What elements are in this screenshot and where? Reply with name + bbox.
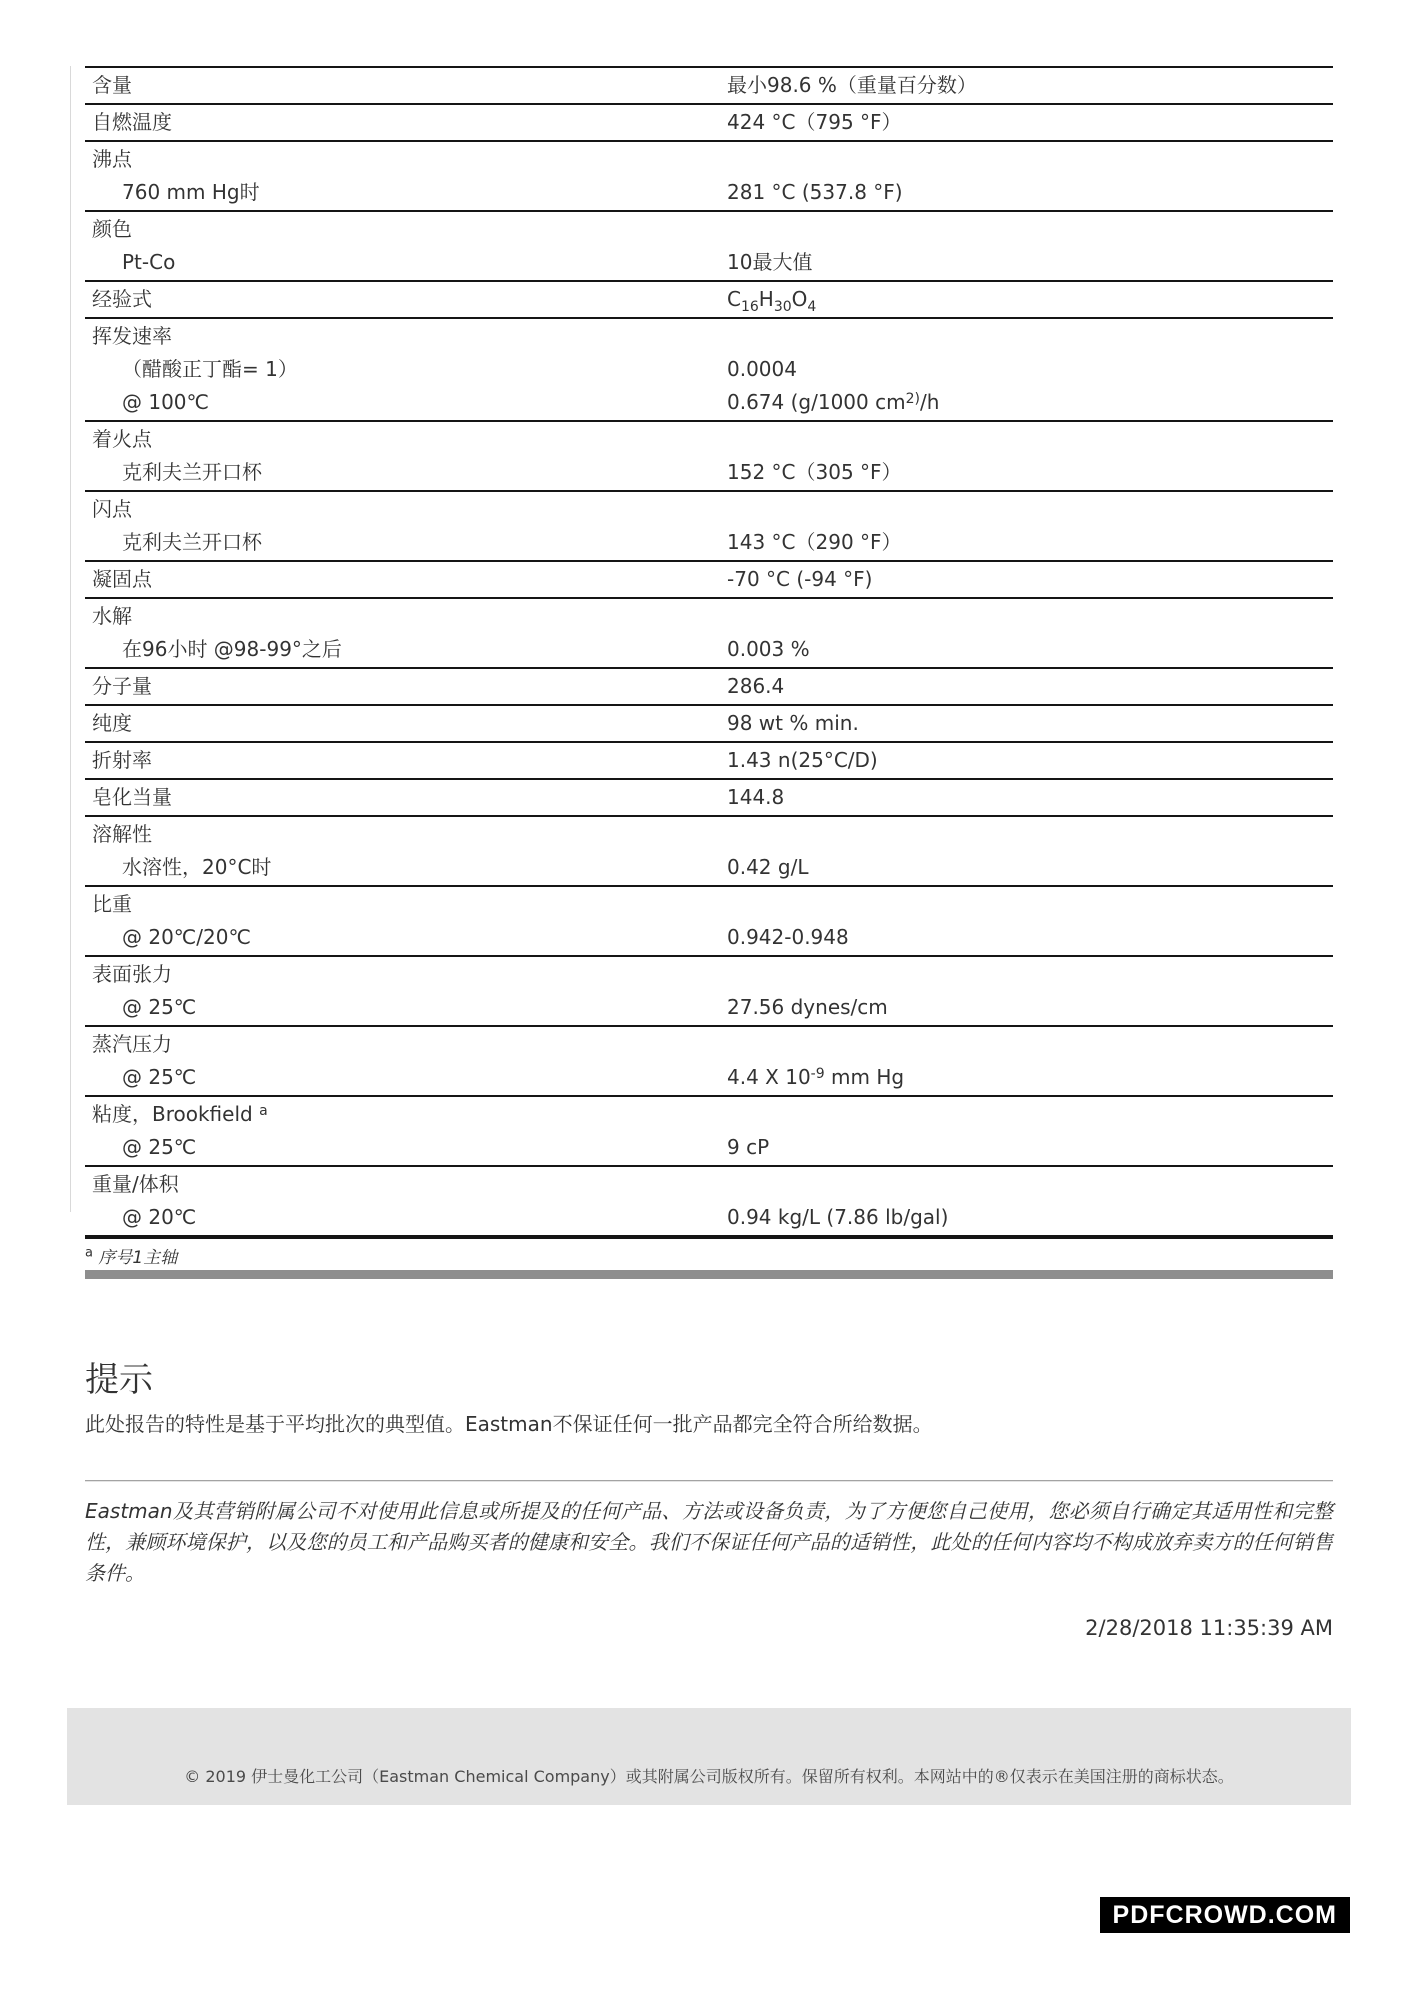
property-label-cell: 闪点克利夫兰开口杯	[85, 493, 715, 559]
property-value: 4.4 X 10-9 mm Hg	[727, 1061, 1333, 1094]
property-label-cell: 分子量	[85, 670, 715, 703]
property-value: 0.94 kg/L (7.86 lb/gal)	[727, 1201, 1333, 1234]
property-value: 98 wt % min.	[727, 707, 1333, 740]
properties-table: 含量最小98.6 %（重量百分数）自燃温度424 °C（795 °F）沸点760…	[85, 66, 1333, 1239]
property-label-cell: 蒸汽压力@ 25℃	[85, 1028, 715, 1094]
table-row: 溶解性水溶性，20°C时 0.42 g/L	[85, 817, 1333, 887]
property-value	[727, 423, 1333, 456]
property-value-cell: 0.94 kg/L (7.86 lb/gal)	[715, 1168, 1333, 1234]
property-value-cell: 98 wt % min.	[715, 707, 1333, 740]
property-label: 纯度	[92, 707, 715, 740]
page-left-rule	[70, 66, 71, 1212]
property-label: 克利夫兰开口杯	[92, 456, 715, 489]
table-row: 颜色Pt-Co 10最大值	[85, 212, 1333, 282]
property-value-cell: 286.4	[715, 670, 1333, 703]
property-value	[727, 320, 1333, 353]
property-label-cell: 皂化当量	[85, 781, 715, 814]
property-label-cell: 含量	[85, 69, 715, 102]
property-value-cell: 143 °C（290 °F）	[715, 493, 1333, 559]
document-body: 含量最小98.6 %（重量百分数）自燃温度424 °C（795 °F）沸点760…	[67, 0, 1351, 2000]
property-label: 蒸汽压力	[92, 1028, 715, 1061]
property-value: 27.56 dynes/cm	[727, 991, 1333, 1024]
table-row: 粘度，Brookfield a@ 25℃ 9 cP	[85, 1097, 1333, 1167]
pdf-page: { "table": { "rows": [ { "lines": [ { "l…	[0, 0, 1416, 2000]
property-value: 9 cP	[727, 1131, 1333, 1164]
property-value-cell: 1.43 n(25°C/D)	[715, 744, 1333, 777]
property-label: 闪点	[92, 493, 715, 526]
property-label: 水解	[92, 600, 715, 633]
property-value	[727, 1098, 1333, 1131]
footnote-text: 序号1主轴	[98, 1248, 177, 1268]
property-value: 10最大值	[727, 246, 1333, 279]
table-row: 着火点克利夫兰开口杯 152 °C（305 °F）	[85, 422, 1333, 492]
property-label-cell: 折射率	[85, 744, 715, 777]
table-row: 挥发速率（醋酸正丁酯= 1）@ 100℃ 0.00040.674 (g/1000…	[85, 319, 1333, 422]
property-value-cell: 144.8	[715, 781, 1333, 814]
property-label: @ 25℃	[92, 1131, 715, 1164]
property-label: 着火点	[92, 423, 715, 456]
footnote-marker: a	[85, 1245, 93, 1260]
property-value: C16H30O4	[727, 283, 1333, 316]
table-row: 重量/体积@ 20℃ 0.94 kg/L (7.86 lb/gal)	[85, 1167, 1333, 1239]
property-value-cell: C16H30O4	[715, 283, 1333, 316]
property-value-cell: 0.003 %	[715, 600, 1333, 666]
table-row: 分子量286.4	[85, 669, 1333, 706]
footnote: a 序号1主轴	[85, 1243, 177, 1268]
property-label: 溶解性	[92, 818, 715, 851]
property-value: 1.43 n(25°C/D)	[727, 744, 1333, 777]
property-label: @ 20℃	[92, 1201, 715, 1234]
table-row: 折射率1.43 n(25°C/D)	[85, 743, 1333, 780]
table-row: 表面张力@ 25℃ 27.56 dynes/cm	[85, 957, 1333, 1027]
property-value: 0.942-0.948	[727, 921, 1333, 954]
property-value: 281 °C (537.8 °F)	[727, 176, 1333, 209]
section-divider	[85, 1480, 1333, 1482]
property-label: 皂化当量	[92, 781, 715, 814]
property-label-cell: 水解在96小时 @98-99°之后	[85, 600, 715, 666]
table-row: 蒸汽压力@ 25℃ 4.4 X 10-9 mm Hg	[85, 1027, 1333, 1097]
property-value: 0.42 g/L	[727, 851, 1333, 884]
property-value-cell: 424 °C（795 °F）	[715, 106, 1333, 139]
property-label: 颜色	[92, 213, 715, 246]
property-label: 克利夫兰开口杯	[92, 526, 715, 559]
property-label: 比重	[92, 888, 715, 921]
property-value: 152 °C（305 °F）	[727, 456, 1333, 489]
property-value	[727, 818, 1333, 851]
disclaimer-text: Eastman及其营销附属公司不对使用此信息或所提及的任何产品、方法或设备负责，…	[85, 1496, 1333, 1589]
property-value-cell: 152 °C（305 °F）	[715, 423, 1333, 489]
property-value-cell: 281 °C (537.8 °F)	[715, 143, 1333, 209]
property-label-cell: 溶解性水溶性，20°C时	[85, 818, 715, 884]
property-label: 重量/体积	[92, 1168, 715, 1201]
property-label: 粘度，Brookfield a	[92, 1098, 715, 1131]
property-label: @ 25℃	[92, 1061, 715, 1094]
property-label: （醋酸正丁酯= 1）	[92, 353, 715, 386]
property-label: 分子量	[92, 670, 715, 703]
property-label: @ 25℃	[92, 991, 715, 1024]
property-label: 折射率	[92, 744, 715, 777]
property-value-cell: 27.56 dynes/cm	[715, 958, 1333, 1024]
table-bottom-shadow	[85, 1270, 1333, 1279]
property-label: 水溶性，20°C时	[92, 851, 715, 884]
property-label: 沸点	[92, 143, 715, 176]
property-label: 在96小时 @98-99°之后	[92, 633, 715, 666]
property-value: 0.674 (g/1000 cm2)/h	[727, 386, 1333, 419]
table-row: 纯度98 wt % min.	[85, 706, 1333, 743]
table-row: 经验式C16H30O4	[85, 282, 1333, 319]
property-label: @ 20℃/20℃	[92, 921, 715, 954]
property-label-cell: 表面张力@ 25℃	[85, 958, 715, 1024]
property-value: -70 °C (-94 °F)	[727, 563, 1333, 596]
copyright-footer: © 2019 伊士曼化工公司（Eastman Chemical Company）…	[67, 1708, 1351, 1805]
property-value: 0.0004	[727, 353, 1333, 386]
property-label-cell: 比重@ 20℃/20℃	[85, 888, 715, 954]
property-label: 挥发速率	[92, 320, 715, 353]
property-label-cell: 着火点克利夫兰开口杯	[85, 423, 715, 489]
property-label-cell: 颜色Pt-Co	[85, 213, 715, 279]
property-value: 最小98.6 %（重量百分数）	[727, 69, 1333, 102]
property-label-cell: 挥发速率（醋酸正丁酯= 1）@ 100℃	[85, 320, 715, 419]
table-row: 闪点克利夫兰开口杯 143 °C（290 °F）	[85, 492, 1333, 562]
table-row: 凝固点-70 °C (-94 °F)	[85, 562, 1333, 599]
pdfcrowd-watermark[interactable]: PDFCROWD.COM	[1100, 1897, 1350, 1933]
table-row: 沸点760 mm Hg时 281 °C (537.8 °F)	[85, 142, 1333, 212]
property-label: Pt-Co	[92, 246, 715, 279]
property-label-cell: 经验式	[85, 283, 715, 316]
property-value-cell: 10最大值	[715, 213, 1333, 279]
note-body: 此处报告的特性是基于平均批次的典型值。Eastman不保证任何一批产品都完全符合…	[85, 1410, 1333, 1438]
property-value	[727, 493, 1333, 526]
property-value	[727, 888, 1333, 921]
property-label-cell: 纯度	[85, 707, 715, 740]
property-value-cell: 4.4 X 10-9 mm Hg	[715, 1028, 1333, 1094]
property-value-cell: 0.42 g/L	[715, 818, 1333, 884]
table-row: 比重@ 20℃/20℃ 0.942-0.948	[85, 887, 1333, 957]
property-label-cell: 自燃温度	[85, 106, 715, 139]
property-value	[727, 213, 1333, 246]
property-label-cell: 粘度，Brookfield a@ 25℃	[85, 1098, 715, 1164]
property-label-cell: 沸点760 mm Hg时	[85, 143, 715, 209]
property-label-cell: 重量/体积@ 20℃	[85, 1168, 715, 1234]
table-row: 自燃温度424 °C（795 °F）	[85, 105, 1333, 142]
property-label: 表面张力	[92, 958, 715, 991]
property-value	[727, 143, 1333, 176]
property-label: 含量	[92, 69, 715, 102]
property-value	[727, 1028, 1333, 1061]
table-row: 皂化当量144.8	[85, 780, 1333, 817]
table-row: 水解在96小时 @98-99°之后 0.003 %	[85, 599, 1333, 669]
property-value-cell: 0.00040.674 (g/1000 cm2)/h	[715, 320, 1333, 419]
property-value: 424 °C（795 °F）	[727, 106, 1333, 139]
table-row: 含量最小98.6 %（重量百分数）	[85, 68, 1333, 105]
property-label: 自燃温度	[92, 106, 715, 139]
property-value-cell: 0.942-0.948	[715, 888, 1333, 954]
property-value	[727, 600, 1333, 633]
property-value	[727, 1168, 1333, 1201]
property-value: 144.8	[727, 781, 1333, 814]
property-label-cell: 凝固点	[85, 563, 715, 596]
property-value-cell: -70 °C (-94 °F)	[715, 563, 1333, 596]
property-value-cell: 最小98.6 %（重量百分数）	[715, 69, 1333, 102]
property-value: 286.4	[727, 670, 1333, 703]
copyright-text: © 2019 伊士曼化工公司（Eastman Chemical Company）…	[184, 1764, 1233, 1787]
property-label: 凝固点	[92, 563, 715, 596]
property-value-cell: 9 cP	[715, 1098, 1333, 1164]
note-heading: 提示	[85, 1352, 153, 1401]
property-value: 143 °C（290 °F）	[727, 526, 1333, 559]
property-label: 经验式	[92, 283, 715, 316]
property-value: 0.003 %	[727, 633, 1333, 666]
generated-timestamp: 2/28/2018 11:35:39 AM	[85, 1616, 1333, 1640]
property-value	[727, 958, 1333, 991]
property-label: 760 mm Hg时	[92, 176, 715, 209]
property-label: @ 100℃	[92, 386, 715, 419]
